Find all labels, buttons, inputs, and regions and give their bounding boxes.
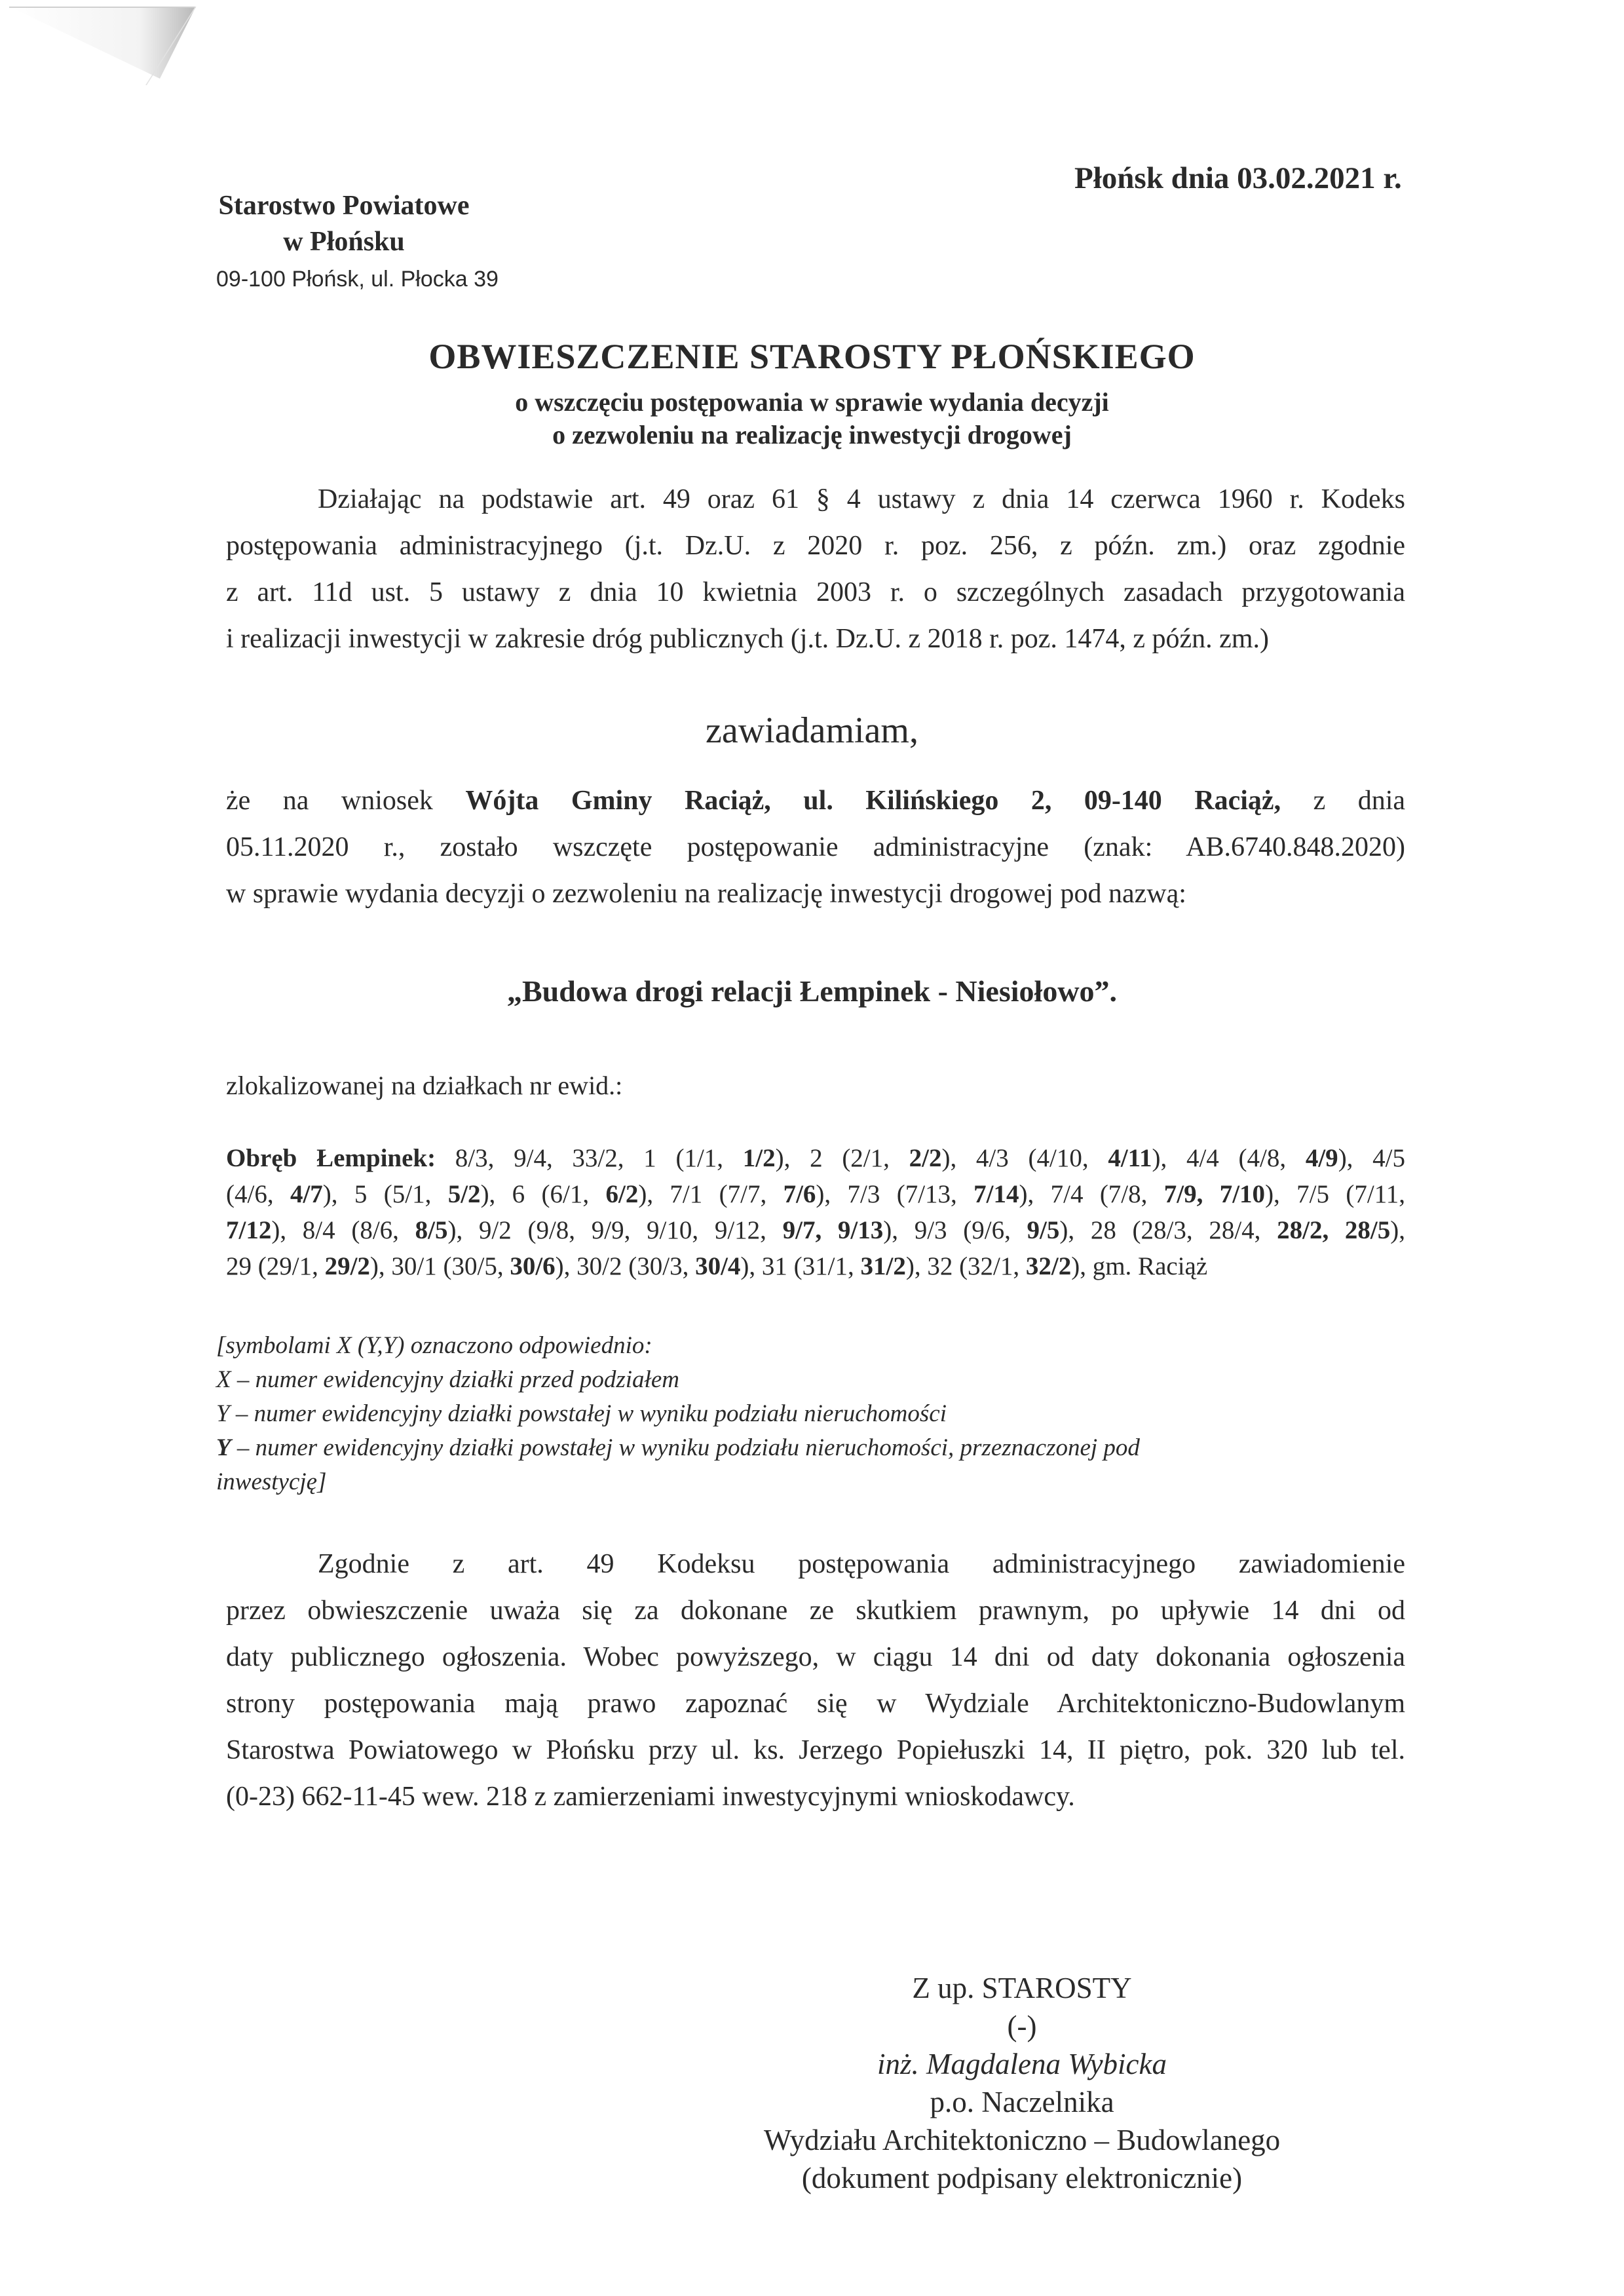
legal-basis-paragraph: Działając na podstawie art. 49 oraz 61 §… <box>226 476 1405 662</box>
office-city: w Płońsku <box>216 226 472 258</box>
request-line-2: 05.11.2020 r., zostało wszczęte postępow… <box>226 824 1405 871</box>
legend-intro: [symbolami X (Y,Y) oznaczono odpowiednio… <box>216 1329 1140 1363</box>
signatory-name: inż. Magdalena Wybicka <box>740 2045 1304 2083</box>
parcels-label: zlokalizowanej na działkach nr ewid.: <box>226 1070 622 1101</box>
signature-authority: Z up. STAROSTY <box>740 1969 1304 2007</box>
parcel-line: (4/6, 4/7), 5 (5/1, 5/2), 6 (6/1, 6/2), … <box>226 1176 1405 1212</box>
legend-y-bold: Y – numer ewidencyjny działki powstałej … <box>216 1431 1140 1465</box>
legal-basis-line: Działając na podstawie art. 49 oraz 61 §… <box>226 476 1405 523</box>
document-subtitle-line-1: o wszczęciu postępowania w sprawie wydan… <box>0 387 1624 417</box>
signatory-department: Wydziału Architektoniczno – Budowlanego <box>740 2121 1304 2159</box>
applicant: Wójta Gminy Raciąż, ul. Kilińskiego 2, 0… <box>465 786 1281 816</box>
parcel-line: 29 (29/1, 29/2), 30/1 (30/5, 30/6), 30/2… <box>226 1248 1405 1284</box>
request-line-1: że na wniosek Wójta Gminy Raciąż, ul. Ki… <box>226 778 1405 824</box>
symbol-legend: [symbolami X (Y,Y) oznaczono odpowiednio… <box>216 1329 1140 1499</box>
closing-paragraph: Zgodnie z art. 49 Kodeksu postępowania a… <box>226 1541 1405 1820</box>
closing-line: strony postępowania mają prawo zapoznać … <box>226 1681 1405 1727</box>
parcel-line: Obręb Łempinek: 8/3, 9/4, 33/2, 1 (1/1, … <box>226 1140 1405 1176</box>
closing-line: (0-23) 662-11-45 wew. 218 z zamierzeniam… <box>226 1774 1405 1820</box>
closing-line: przez obwieszczenie uważa się za dokonan… <box>226 1588 1405 1634</box>
request-line-3: w sprawie wydania decyzji o zezwoleniu n… <box>226 871 1405 917</box>
signature-mark: (-) <box>740 2007 1304 2045</box>
precinct-label: Obręb Łempinek: <box>226 1144 436 1172</box>
office-name: Starostwo Powiatowe <box>216 190 472 221</box>
scan-corner-fold-artifact <box>9 7 199 85</box>
signature-block: Z up. STAROSTY (-) inż. Magdalena Wybick… <box>740 1969 1304 2197</box>
legend-y: Y – numer ewidencyjny działki powstałej … <box>216 1397 1140 1431</box>
legend-y-bold-cont: inwestycję] <box>216 1465 1140 1499</box>
parcel-line: 7/12), 8/4 (8/6, 8/5), 9/2 (9/8, 9/9, 9/… <box>226 1212 1405 1248</box>
legal-basis-line: z art. 11d ust. 5 ustawy z dnia 10 kwiet… <box>226 569 1405 616</box>
project-name: „Budowa drogi relacji Łempinek - Niesioł… <box>0 974 1624 1008</box>
legal-basis-line: i realizacji inwestycji w zakresie dróg … <box>226 616 1405 662</box>
closing-line: daty publicznego ogłoszenia. Wobec powyż… <box>226 1634 1405 1681</box>
legal-basis-line: postępowania administracyjnego (j.t. Dz.… <box>226 523 1405 569</box>
document-subtitle-line-2: o zezwoleniu na realizację inwestycji dr… <box>0 419 1624 450</box>
closing-line: Zgodnie z art. 49 Kodeksu postępowania a… <box>226 1541 1405 1588</box>
notify-heading: zawiadamiam, <box>0 710 1624 752</box>
request-paragraph: że na wniosek Wójta Gminy Raciąż, ul. Ki… <box>226 778 1405 917</box>
signature-note: (dokument podpisany elektronicznie) <box>740 2159 1304 2197</box>
office-address: 09-100 Płońsk, ul. Płocka 39 <box>216 267 491 292</box>
closing-line: Starostwa Powiatowego w Płońsku przy ul.… <box>226 1727 1405 1774</box>
document-date: Płońsk dnia 03.02.2021 r. <box>1074 161 1402 196</box>
signatory-role: p.o. Naczelnika <box>740 2083 1304 2121</box>
legend-x: X – numer ewidencyjny działki przed podz… <box>216 1363 1140 1397</box>
document-title: OBWIESZCZENIE STAROSTY PŁOŃSKIEGO <box>0 336 1624 377</box>
parcel-list: Obręb Łempinek: 8/3, 9/4, 33/2, 1 (1/1, … <box>226 1140 1405 1284</box>
